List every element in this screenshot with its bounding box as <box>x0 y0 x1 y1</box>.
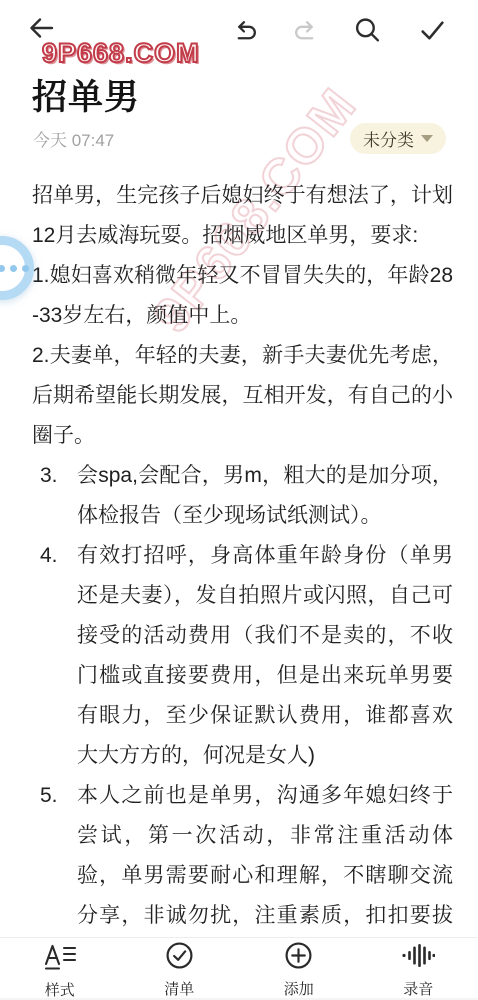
voice-record-icon <box>401 941 435 975</box>
voice-record-button[interactable]: 录音 <box>359 938 478 1000</box>
note-editor-screen: 9P668.COM 9P668.COM 招单男 今天 07:47 未分类 招单男… <box>0 0 478 1000</box>
undo-button[interactable] <box>230 16 260 46</box>
ellipsis-icon <box>0 265 29 272</box>
category-selector[interactable]: 未分类 <box>350 123 446 154</box>
toolbar-label: 样式 <box>45 979 75 1000</box>
paragraph[interactable]: 1.媳妇喜欢稍微年轻又不冒冒失失的，年龄28-33岁左右，颜值中上。 <box>32 256 453 336</box>
bottom-toolbar: 样式 清单 添加 <box>0 937 478 1000</box>
text-style-icon <box>42 941 78 976</box>
checklist-icon <box>165 941 194 975</box>
list-text: 会spa,会配合，男m，粗大的是加分项，体检报告（至少现场试纸测试）。 <box>77 456 453 536</box>
search-icon <box>353 16 382 45</box>
paragraph[interactable]: 招单男，生完孩子后媳妇终于有想法了，计划12月去威海玩耍。招烟威地区单男，要求: <box>32 176 453 256</box>
toolbar-label: 添加 <box>284 978 314 999</box>
category-label: 未分类 <box>363 126 414 151</box>
add-icon <box>284 941 313 975</box>
numbered-list-item[interactable]: 3. 会spa,会配合，男m，粗大的是加分项，体检报告（至少现场试纸测试）。 <box>32 456 453 536</box>
chevron-down-icon <box>421 135 433 142</box>
confirm-button[interactable] <box>417 15 447 45</box>
style-button[interactable]: 样式 <box>0 938 120 1000</box>
note-date: 今天 07:47 <box>33 126 114 151</box>
undo-arrow-icon <box>232 18 259 45</box>
arrow-left-icon <box>26 13 56 43</box>
checkmark-icon <box>418 16 447 45</box>
redo-button[interactable] <box>290 16 320 46</box>
paragraph[interactable]: 2.夫妻单，年轻的夫妻，新手夫妻优先考虑，后期希望能长期发展，互相开发，有自己的… <box>32 336 453 456</box>
list-number: 4. <box>32 536 77 776</box>
list-number: 3. <box>32 456 77 536</box>
redo-arrow-icon <box>292 18 319 45</box>
toolbar-label: 清单 <box>164 978 194 999</box>
note-body[interactable]: 招单男，生完孩子后媳妇终于有想法了，计划12月去威海玩耍。招烟威地区单男，要求:… <box>32 176 453 976</box>
watermark-top: 9P668.COM <box>42 38 200 69</box>
note-title[interactable]: 招单男 <box>32 70 140 120</box>
floating-assistant-bubble[interactable] <box>0 236 34 300</box>
checklist-button[interactable]: 清单 <box>120 938 240 1000</box>
toolbar-label: 录音 <box>403 978 433 999</box>
list-text: 有效打招呼，身高体重年龄身份（单男还是夫妻），发自拍照片或闪照，自己可接受的活动… <box>77 536 453 776</box>
numbered-list-item[interactable]: 4. 有效打招呼，身高体重年龄身份（单男还是夫妻），发自拍照片或闪照，自己可接受… <box>32 536 453 776</box>
add-button[interactable]: 添加 <box>239 938 359 1000</box>
search-button[interactable] <box>352 15 382 45</box>
back-button[interactable] <box>26 13 56 43</box>
